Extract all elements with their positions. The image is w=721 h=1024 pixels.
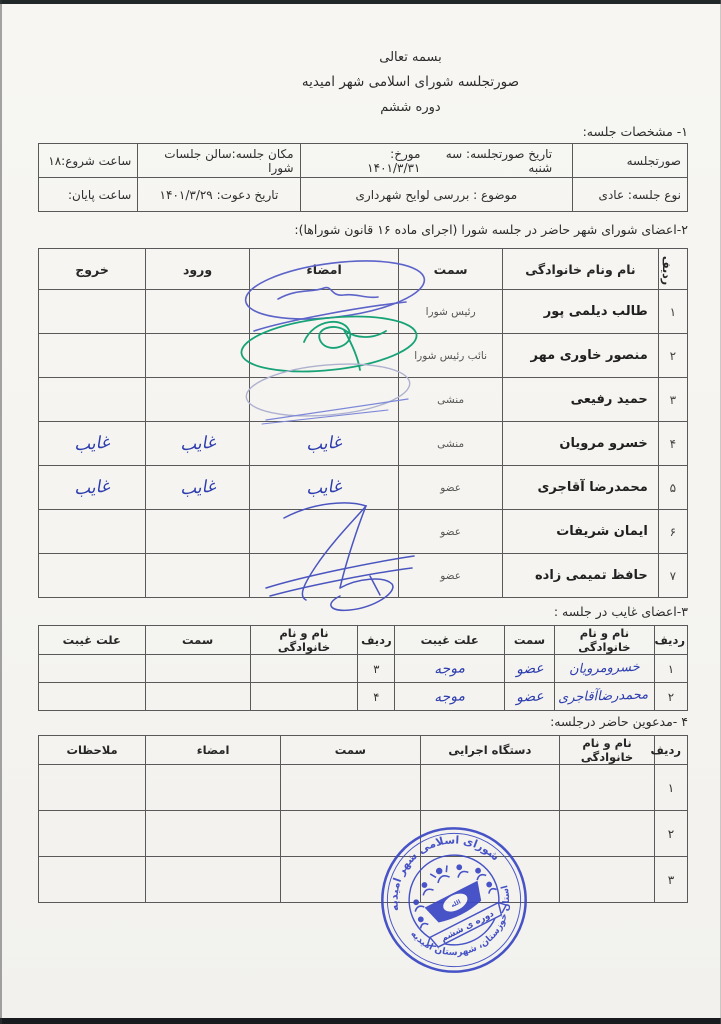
invitee-row: ۱ [39,765,688,811]
invitee-name-cell [560,811,655,857]
section3-title: ۳-اعضای غایب در جلسه : [554,604,688,619]
row-number: ۱ [654,655,687,683]
absent-position-cell: عضو [505,683,555,711]
member-row: ۲ منصور خاوری مهر نائب رئیس شورا [39,334,688,378]
exit-cell [39,510,146,554]
col-position: سمت [505,626,555,655]
signature-cell [249,334,398,378]
col-absence-reason: علت غیبت [395,626,505,655]
row-number: ۲ [654,683,687,711]
row-number: ۶ [658,510,687,554]
invitee-signature-cell [146,765,281,811]
meeting-subject: موضوع : بررسی لوایح شهرداری [300,178,573,212]
scan-edge-left [0,0,2,1024]
invitee-name-cell [560,857,655,903]
scan-edge-bottom [0,1018,721,1024]
col-name: نام و نام خانوادگی [560,736,655,765]
exit-cell [39,378,146,422]
meeting-type: نوع جلسه: عادی [573,178,688,212]
row-number: ۲ [654,811,687,857]
member-row: ۴ خسرو مرویان منشی غایب غایب غایب [39,422,688,466]
invitee-notes-cell [39,811,146,857]
handwritten-reason: موجه [434,688,466,706]
minutes-label: صورتجلسه [573,144,688,178]
absent-name-cell: محمدرضاآقاجری [554,683,654,711]
scan-edge-top [0,0,721,4]
col-position: سمت [399,249,503,290]
col-signature: امضاء [146,736,281,765]
absent-position-cell: عضو [505,655,555,683]
member-row: ۷ حافظ تمیمی زاده عضو [39,554,688,598]
row-number: ۱ [658,290,687,334]
member-row: ۱ طالب دیلمی پور رئیس شورا [39,290,688,334]
member-row: ۶ ایمان شریفات عضو [39,510,688,554]
invitee-position-cell [281,765,421,811]
exit-cell [39,554,146,598]
exit-cell [39,334,146,378]
entry-cell [146,554,250,598]
row-number: ۷ [658,554,687,598]
member-position: عضو [399,466,503,510]
end-time: ساعت پایان: [39,178,138,212]
member-name: ایمان شریفات [503,510,659,554]
col-notes: ملاحظات [39,736,146,765]
scanned-meeting-minutes-document: بسمه تعالی صورتجلسه شورای اسلامی شهر امی… [0,0,721,1024]
col-signature: امضاء [249,249,398,290]
col-name: نام و نام خانوادگی [250,626,358,655]
member-name: طالب دیلمی پور [503,290,659,334]
absent-handwriting: غایب [74,432,111,455]
handwritten-reason: موجه [434,660,466,678]
invitee-signature-cell [146,811,281,857]
col-name: نام ونام خانوادگی [503,249,659,290]
document-title: صورتجلسه شورای اسلامی شهر امیدیه [100,74,721,90]
row-number: ۱ [654,765,687,811]
col-row-number: ردیف [654,626,687,655]
absence-reason-cell: موجه [395,655,505,683]
signature-cell [249,554,398,598]
col-position: سمت [281,736,421,765]
signature-cell [249,290,398,334]
col-name: نام و نام خانوادگی [554,626,654,655]
bismillah-line: بسمه تعالی [100,50,721,65]
entry-cell: غایب [146,466,250,510]
absence-reason-cell [39,683,146,711]
row-number: ۴ [358,683,395,711]
signature-cell [249,510,398,554]
table-row: صورتجلسه تاریخ صورتجلسه: سه شنبه مورخ: ۱… [39,144,688,178]
exit-cell: غایب [39,422,146,466]
present-members-table: ردیف نام ونام خانوادگی سمت امضاء ورود خر… [38,248,688,598]
invitee-notes-cell [39,857,146,903]
row-number: ۴ [658,422,687,466]
absent-position-cell [145,655,250,683]
member-row: ۳ حمید رفیعی منشی [39,378,688,422]
absence-reason-cell: موجه [395,683,505,711]
handwritten-position: عضو [515,660,544,677]
absent-name-cell [250,683,358,711]
absent-member-row: ۲ محمدرضاآقاجری عضو موجه ۴ [39,683,688,711]
member-name: حمید رفیعی [503,378,659,422]
term-line: دوره ششم [100,100,721,115]
minutes-date-value: مورخ: ۱۴۰۱/۳/۳۱ [335,147,421,175]
section4-title: ۴ -مدعوین حاضر درجلسه: [550,714,688,729]
table-header-row: ردیف نام و نام خانوادگی سمت علت غیبت ردی… [39,626,688,655]
member-position: منشی [399,378,503,422]
handwritten-name: خسرومرویان [569,660,640,677]
invite-date: تاریخ دعوت: ۱۴۰۱/۳/۲۹ [138,178,300,212]
start-time: ساعت شروع:۱۸ [39,144,138,178]
minutes-date-label: تاریخ صورتجلسه: سه شنبه [420,147,552,175]
row-number: ۳ [658,378,687,422]
signature-cell: غایب [249,466,398,510]
absent-handwriting: غایب [74,476,111,499]
member-name: حافظ تمیمی زاده [503,554,659,598]
entry-cell [146,290,250,334]
col-row-number: ردیف [654,736,687,765]
col-row-number: ردیف [358,626,395,655]
meeting-info-table: صورتجلسه تاریخ صورتجلسه: سه شنبه مورخ: ۱… [38,143,688,212]
exit-cell: غایب [39,466,146,510]
absent-name-cell: خسرومرویان [554,655,654,683]
absent-position-cell [145,683,250,711]
member-row: ۵ محمدرضا آقاجری عضو غایب غایب غایب [39,466,688,510]
member-position: رئیس شورا [399,290,503,334]
invitee-name-cell [560,765,655,811]
col-absence-reason: علت غیبت [39,626,146,655]
col-row-number: ردیف [658,249,687,290]
exit-cell [39,290,146,334]
col-exit: خروج [39,249,146,290]
absent-member-row: ۱ خسرومرویان عضو موجه ۳ [39,655,688,683]
entry-cell [146,334,250,378]
invitee-row: ۲ [39,811,688,857]
col-entry: ورود [146,249,250,290]
absent-handwriting: غایب [306,476,343,499]
table-header-row: ردیف نام ونام خانوادگی سمت امضاء ورود خر… [39,249,688,290]
table-header-row: ردیف نام و نام خانوادگی دستگاه اجرایی سم… [39,736,688,765]
member-name: محمدرضا آقاجری [503,466,659,510]
absent-members-table: ردیف نام و نام خانوادگی سمت علت غیبت ردی… [38,625,688,711]
invitee-signature-cell [146,857,281,903]
member-position: عضو [399,510,503,554]
entry-cell [146,378,250,422]
signature-cell: غایب [249,422,398,466]
entry-cell: غایب [146,422,250,466]
table-row: نوع جلسه: عادی موضوع : بررسی لوایح شهردا… [39,178,688,212]
handwritten-position: عضو [515,688,544,705]
absent-name-cell [250,655,358,683]
absence-reason-cell [39,655,146,683]
row-number: ۲ [658,334,687,378]
row-number: ۳ [654,857,687,903]
col-agency: دستگاه اجرایی [420,736,560,765]
member-name: منصور خاوری مهر [503,334,659,378]
meeting-place: مکان جلسه:سالن جلسات شورا [138,144,300,178]
absent-handwriting: غایب [179,476,216,499]
member-name: خسرو مرویان [503,422,659,466]
absent-handwriting: غایب [179,432,216,455]
handwritten-name: محمدرضاآقاجری [558,687,649,705]
entry-cell [146,510,250,554]
member-position: منشی [399,422,503,466]
section2-title: ۲-اعضای شورای شهر حاضر در جلسه شورا (اجر… [294,222,688,237]
member-position: عضو [399,554,503,598]
signature-cell [249,378,398,422]
row-number: ۵ [658,466,687,510]
member-position: نائب رئیس شورا [399,334,503,378]
minutes-date-cell: تاریخ صورتجلسه: سه شنبه مورخ: ۱۴۰۱/۳/۳۱ [300,144,573,178]
absent-handwriting: غایب [306,432,343,455]
section1-title: ۱- مشخصات جلسه: [583,124,688,139]
row-number: ۳ [358,655,395,683]
invitee-notes-cell [39,765,146,811]
col-position: سمت [145,626,250,655]
